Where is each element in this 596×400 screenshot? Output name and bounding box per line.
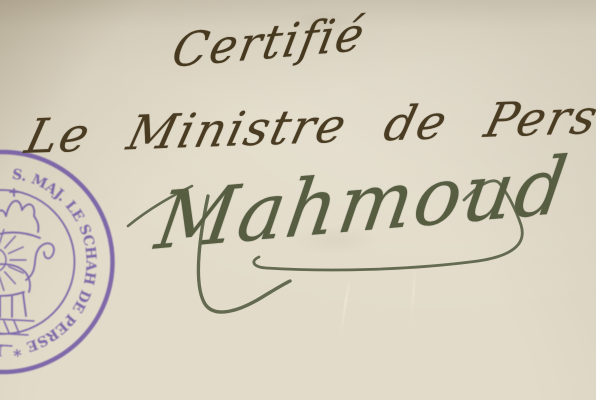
lion-and-sun-emblem — [0, 189, 54, 346]
sun-rays-icon — [0, 228, 26, 290]
stamp-star: * — [11, 340, 23, 360]
stamp-legend-fragment: N — [0, 341, 3, 358]
lion-icon — [0, 243, 54, 317]
consular-seal-stamp: S. MAJ. LE SCHAH DE PERSE * N — [0, 152, 113, 372]
document-photo: S. MAJ. LE SCHAH DE PERSE * N — [0, 0, 596, 400]
